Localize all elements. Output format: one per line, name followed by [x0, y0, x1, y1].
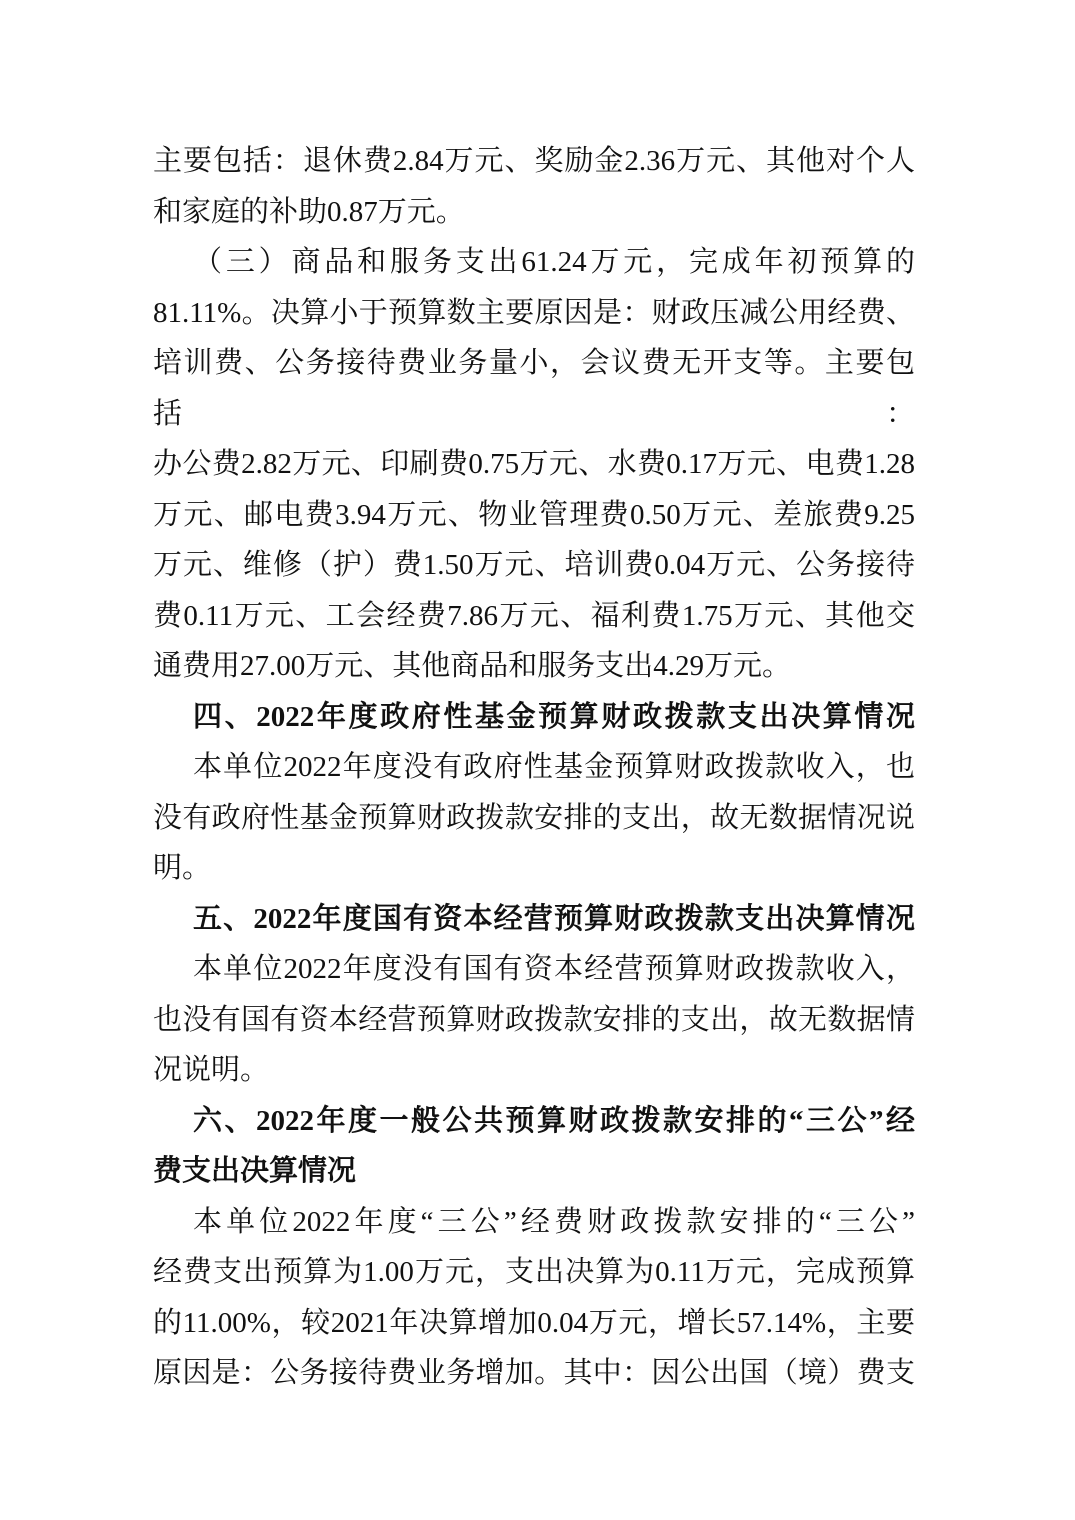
text-line: 本单位2022年度没有政府性基金预算财政拨款收入，也: [153, 742, 915, 793]
text-line: （三）商品和服务支出61.24万元，完成年初预算的: [153, 237, 915, 288]
body-paragraph: 本单位2022年度“三公”经费财政拨款安排的“三公”经费支出预算为1.00万元，…: [153, 1197, 915, 1399]
body-paragraph: 本单位2022年度没有国有资本经营预算财政拨款收入，也没有国有资本经营预算财政拨…: [153, 944, 915, 1096]
text-line: 主要包括：退休费2.84万元、奖励金2.36万元、其他对个人: [153, 136, 915, 187]
text-line: 况说明。: [153, 1045, 915, 1096]
text-line: 四、2022年度政府性基金预算财政拨款支出决算情况: [153, 692, 915, 743]
text-line: 原因是：公务接待费业务增加。其中：因公出国（境）费支: [153, 1348, 915, 1399]
text-line: 五、2022年度国有资本经营预算财政拨款支出决算情况: [153, 894, 915, 945]
text-line: 本单位2022年度没有国有资本经营预算财政拨款收入，: [153, 944, 915, 995]
text-line: 培训费、公务接待费业务量小，会议费无开支等。主要包括：: [153, 338, 915, 439]
text-line: 和家庭的补助0.87万元。: [153, 187, 915, 238]
text-line: 费0.11万元、工会经费7.86万元、福利费1.75万元、其他交: [153, 591, 915, 642]
text-line: 万元、邮电费3.94万元、物业管理费0.50万元、差旅费9.25: [153, 490, 915, 541]
section-heading: 六、2022年度一般公共预算财政拨款安排的“三公”经费支出决算情况: [153, 1096, 915, 1197]
text-line: 本单位2022年度“三公”经费财政拨款安排的“三公”: [153, 1197, 915, 1248]
text-line: 办公费2.82万元、印刷费0.75万元、水费0.17万元、电费1.28: [153, 439, 915, 490]
text-line: 万元、维修（护）费1.50万元、培训费0.04万元、公务接待: [153, 540, 915, 591]
text-line: 费支出决算情况: [153, 1146, 915, 1197]
text-line: 的11.00%，较2021年决算增加0.04万元，增长57.14%，主要: [153, 1298, 915, 1349]
text-line: 六、2022年度一般公共预算财政拨款安排的“三公”经: [153, 1096, 915, 1147]
section-heading: 五、2022年度国有资本经营预算财政拨款支出决算情况: [153, 894, 915, 945]
page: 主要包括：退休费2.84万元、奖励金2.36万元、其他对个人和家庭的补助0.87…: [0, 0, 1075, 1520]
text-line: 经费支出预算为1.00万元，支出决算为0.11万元，完成预算: [153, 1247, 915, 1298]
text-line: 没有政府性基金预算财政拨款安排的支出，故无数据情况说: [153, 793, 915, 844]
text-line: 81.11%。决算小于预算数主要原因是：财政压减公用经费、: [153, 288, 915, 339]
text-line: 也没有国有资本经营预算财政拨款安排的支出，故无数据情: [153, 995, 915, 1046]
document-body: 主要包括：退休费2.84万元、奖励金2.36万元、其他对个人和家庭的补助0.87…: [0, 0, 1075, 1399]
text-line: 明。: [153, 843, 915, 894]
text-line: 通费用27.00万元、其他商品和服务支出4.29万元。: [153, 641, 915, 692]
section-heading: 四、2022年度政府性基金预算财政拨款支出决算情况: [153, 692, 915, 743]
body-paragraph: 主要包括：退休费2.84万元、奖励金2.36万元、其他对个人和家庭的补助0.87…: [153, 136, 915, 237]
body-paragraph: （三）商品和服务支出61.24万元，完成年初预算的81.11%。决算小于预算数主…: [153, 237, 915, 692]
body-paragraph: 本单位2022年度没有政府性基金预算财政拨款收入，也没有政府性基金预算财政拨款安…: [153, 742, 915, 894]
